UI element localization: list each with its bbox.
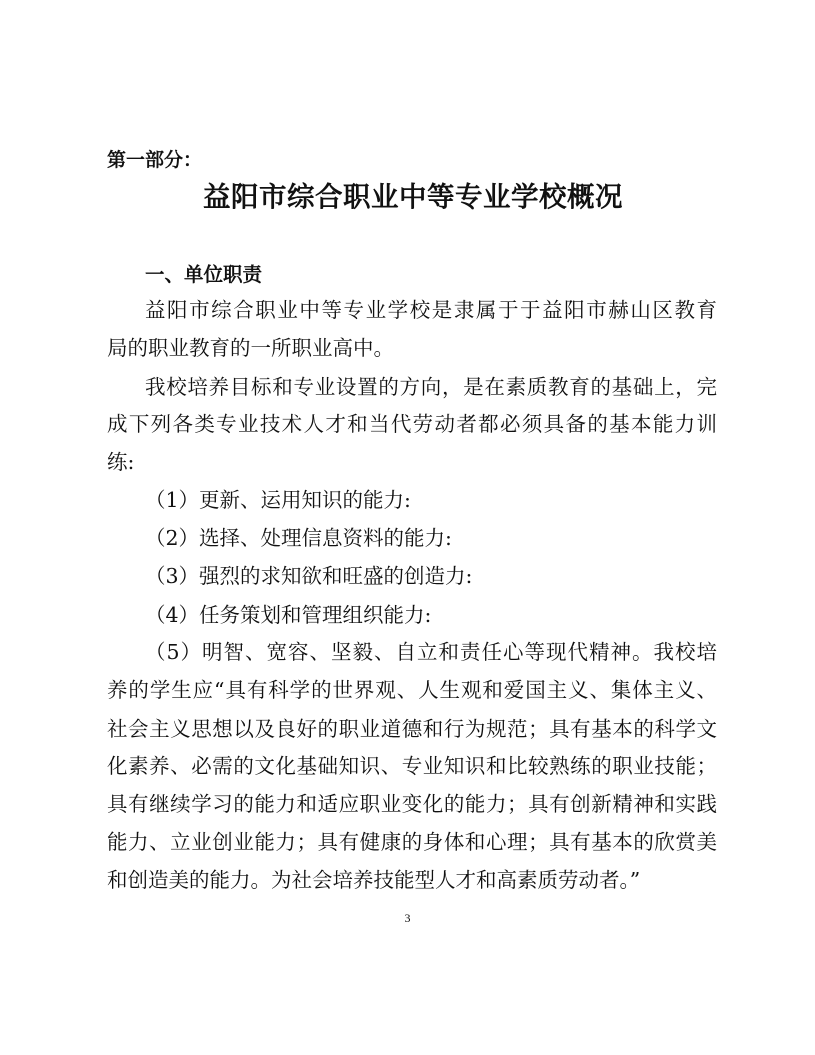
paragraph-line: 成下列各类专业技术人才和当代劳动者都必须具备的基本能力训 <box>107 412 717 436</box>
paragraph-line: 益阳市综合职业中等专业学校是隶属于于益阳市赫山区教育 <box>145 298 717 322</box>
paragraph-line: 练: <box>107 450 717 474</box>
page-number: 3 <box>0 911 815 926</box>
paragraph-line: 具有继续学习的能力和适应职业变化的能力；具有创新精神和实践 <box>107 792 717 816</box>
list-item: （3）强烈的求知欲和旺盛的创造力: <box>145 564 717 588</box>
paragraph-line: 我校培养目标和专业设置的方向，是在素质教育的基础上，完 <box>145 375 717 399</box>
paragraph-line: 局的职业教育的一所职业高中。 <box>107 336 717 360</box>
paragraph-line: 养的学生应“具有科学的世界观、人生观和爱国主义、集体主义、 <box>107 678 717 702</box>
document-title: 益阳市综合职业中等专业学校概况 <box>203 180 623 214</box>
paragraph-line: 化素养、必需的文化基础知识、专业知识和比较熟练的职业技能； <box>107 754 717 778</box>
part-label: 第一部分： <box>107 148 202 172</box>
paragraph-line: 和创造美的能力。为社会培养技能型人才和高素质劳动者。” <box>107 868 717 892</box>
list-item: （4）任务策划和管理组织能力: <box>145 603 717 627</box>
list-item: （5）明智、宽容、坚毅、自立和责任心等现代精神。我校培 <box>145 640 717 664</box>
document-page: 第一部分： 益阳市综合职业中等专业学校概况 一、单位职责 益阳市综合职业中等专业… <box>0 0 815 1055</box>
paragraph-line: 社会主义思想以及良好的职业道德和行为规范；具有基本的科学文 <box>107 717 717 741</box>
list-item: （2）选择、处理信息资料的能力: <box>145 526 717 550</box>
section-heading: 一、单位职责 <box>145 263 262 287</box>
list-item: （1）更新、运用知识的能力: <box>145 488 717 512</box>
paragraph-line: 能力、立业创业能力；具有健康的身体和心理；具有基本的欣赏美 <box>107 830 717 854</box>
